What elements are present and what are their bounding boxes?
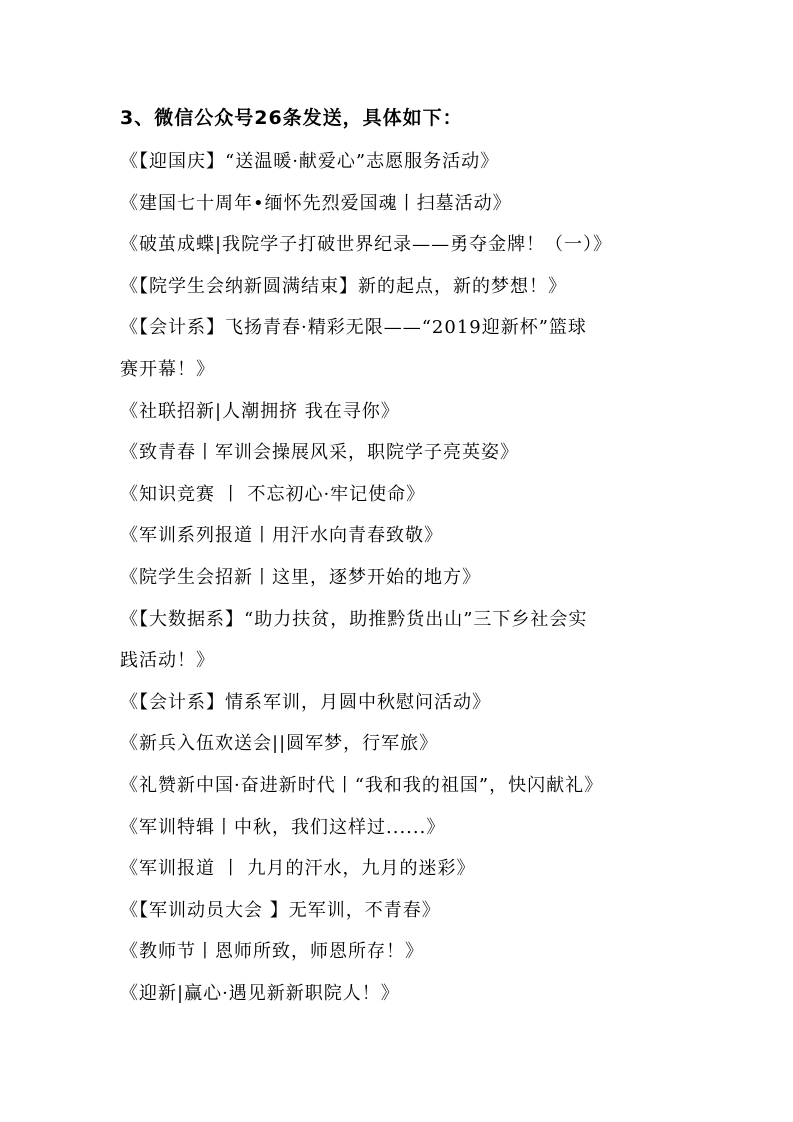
article-title-line: 《军训特辑丨中秋，我们这样过......》 (120, 807, 680, 849)
article-title-line: 《【会计系】情系军训，月圆中秋慰问活动》 (120, 682, 680, 724)
article-title-line: 《【院学生会纳新圆满结束】新的起点，新的梦想！》 (120, 266, 680, 308)
article-list: 《【迎国庆】“送温暖·献爱心”志愿服务活动》 《建国七十周年•缅怀先烈爱国魂丨扫… (120, 141, 680, 1014)
document-page: 3、微信公众号26条发送，具体如下： 《【迎国庆】“送温暖·献爱心”志愿服务活动… (0, 0, 793, 1122)
article-title-line: 《【会计系】飞扬青春·精彩无限——“2019迎新杯”篮球 (120, 307, 680, 349)
article-title-line: 《军训报道 丨 九月的汗水，九月的迷彩》 (120, 848, 680, 890)
article-title-line: 《【军训动员大会 】无军训，不青春》 (120, 890, 680, 932)
article-title-line: 《院学生会招新丨这里，逐梦开始的地方》 (120, 557, 680, 599)
article-title-line: 赛开幕！》 (120, 349, 680, 391)
article-title-line: 《建国七十周年•缅怀先烈爱国魂丨扫墓活动》 (120, 183, 680, 225)
article-title-line: 《迎新|赢心·遇见新新职院人！》 (120, 973, 680, 1015)
article-title-line: 《破茧成蝶|我院学子打破世界纪录——勇夺金牌！（一）》 (120, 224, 680, 266)
article-title-line: 践活动！》 (120, 640, 680, 682)
article-title-line: 《教师节丨恩师所致，师恩所存！》 (120, 931, 680, 973)
article-title-line: 《【迎国庆】“送温暖·献爱心”志愿服务活动》 (120, 141, 680, 183)
article-title-line: 《社联招新|人潮拥挤 我在寻你》 (120, 391, 680, 433)
article-title-line: 《新兵入伍欢送会||圆军梦，行军旅》 (120, 723, 680, 765)
article-title-line: 《【大数据系】“助力扶贫，助推黔货出山”三下乡社会实 (120, 599, 680, 641)
article-title-line: 《礼赞新中国·奋进新时代丨“我和我的祖国”，快闪献礼》 (120, 765, 680, 807)
article-title-line: 《知识竞赛 丨 不忘初心·牢记使命》 (120, 474, 680, 516)
article-title-line: 《致青春丨军训会操展风采，职院学子亮英姿》 (120, 432, 680, 474)
section-heading: 3、微信公众号26条发送，具体如下： (120, 106, 463, 130)
article-title-line: 《军训系列报道丨用汗水向青春致敬》 (120, 515, 680, 557)
